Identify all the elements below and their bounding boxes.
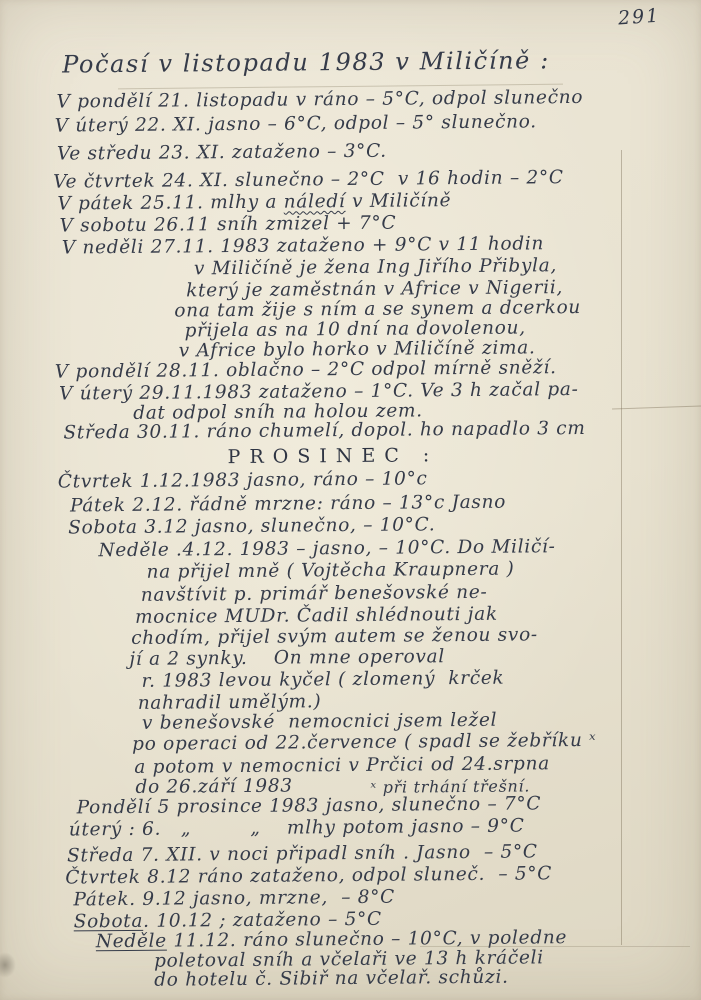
manuscript-line: do hotelu č. Sibiř na včelař. schůzi. — [154, 968, 509, 991]
manuscript-line: Čtvrtek 8.12 ráno zataženo, odpol sluneč… — [65, 864, 552, 888]
document-title: Počasí v listopadu 1983 v Miličíně : — [62, 50, 550, 74]
paper-smudge — [0, 952, 16, 978]
underlined-word: Sobota — [74, 911, 144, 933]
manuscript-text: Počasí v listopadu 1983 v Miličíně :V po… — [0, 0, 701, 1000]
manuscript-line: Ve čtvrtek 24. XI. slunečno – 2°C v 16 h… — [53, 168, 564, 192]
manuscript-line: Pátek 2.12. řádně mrzne: ráno – 13°c Jas… — [70, 493, 506, 517]
manuscript-line: V pondělí 21. listopadu v ráno – 5°C, od… — [56, 88, 583, 113]
underlined-word: Neděle — [96, 931, 167, 953]
manuscript-line: v Miličíně je žena Ing Jiřího Přibyla, — [194, 256, 557, 279]
manuscript-line: V neděli 27.11. 1983 zataženo + 9°C v 11… — [62, 234, 544, 258]
manuscript-line: úterý : 6. „ „ mlhy potom jasno – 9°C — [69, 816, 525, 840]
manuscript-line: Pátek. 9.12 jasno, mrzne, – 8°C — [73, 888, 395, 911]
manuscript-line: navštívit p. primář benešovské ne- — [141, 583, 488, 606]
manuscript-line: na přijel mně ( Vojtěcha Kraupnera ) — [147, 560, 515, 583]
manuscript-line: V úterý 22. XI. jasno – 6°C, odpol – 5° … — [55, 112, 537, 136]
manuscript-line: r. 1983 levou kyčel ( zlomený krček — [141, 669, 504, 692]
manuscript-line: jí a 2 synky. On mne operoval — [129, 647, 445, 670]
wavy-underlined-word: náledí — [284, 191, 346, 213]
manuscript-line: V pátek 25.11. mlhy a náledí v Miličíně — [57, 191, 451, 214]
manuscript-line: Sobota 3.12 jasno, slunečno, – 10°C. — [68, 515, 435, 538]
section-heading: PROSINEC : — [228, 445, 439, 467]
manuscript-line: a potom v nemocnici v Prčici od 24.srpna — [134, 754, 550, 778]
manuscript-line: chodím, přijel svým autem se ženou svo- — [131, 625, 538, 649]
manuscript-line: Středa 7. XII. v noci připadl sníh . Jas… — [67, 842, 538, 866]
paper-fold-line — [621, 150, 622, 945]
manuscript-line: Neděle .4.12. 1983 – jasno, – 10°C. Do M… — [98, 537, 555, 561]
paper-crease — [420, 946, 690, 947]
manuscript-line: po operaci od 22.července ( spadl se žeb… — [132, 731, 596, 755]
manuscript-page: 291 Počasí v listopadu 1983 v Miličíně :… — [0, 0, 701, 1000]
manuscript-line: Středa 30.11. ráno chumelí, dopol. ho na… — [63, 419, 585, 444]
manuscript-line: Pondělí 5 prosince 1983 jasno, slunečno … — [77, 794, 542, 818]
manuscript-line: do 26.září 1983 — [135, 777, 292, 798]
manuscript-line: Ve středu 23. XI. zataženo – 3°C. — [57, 142, 387, 165]
manuscript-line: Čtvrtek 1.12.1983 jasno, ráno – 10°c — [58, 469, 428, 492]
manuscript-line: V sobotu 26.11 sníh zmizel + 7°C — [60, 214, 397, 237]
